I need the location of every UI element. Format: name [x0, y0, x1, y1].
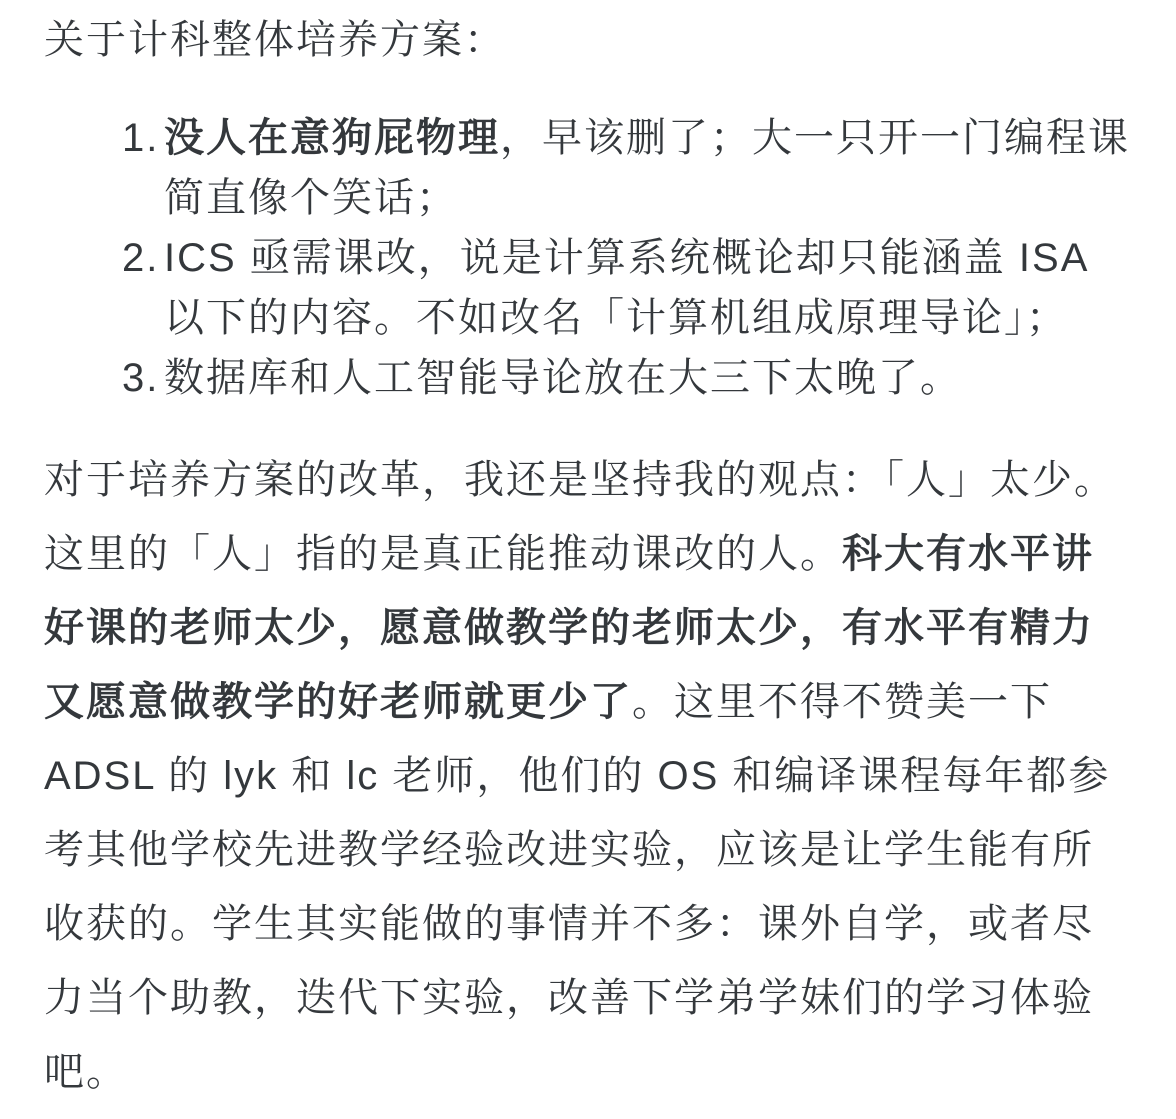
ordered-list: 1.没人在意狗屁物理，早该删了；大一只开一门编程课简直像个笑话； 2.ICS 亟…	[44, 108, 1130, 408]
regular-text: 数据库和人工智能导论放在大三下太晚了。	[164, 356, 962, 400]
regular-text: 。这里不得不赞美一下 ADSL 的 lyk 和 lc 老师，他们的 OS 和编译…	[44, 680, 1110, 1094]
body-paragraph: 对于培养方案的改革，我还是坚持我的观点：「人」太少。这里的「人」指的是真正能推动…	[44, 443, 1130, 1109]
list-item-text: 数据库和人工智能导论放在大三下太晚了。	[164, 348, 1130, 408]
article-body: 关于计科整体培养方案： 1.没人在意狗屁物理，早该删了；大一只开一门编程课简直像…	[0, 0, 1176, 1119]
list-item-number: 3.	[122, 348, 164, 408]
list-item-text: ICS 亟需课改，说是计算系统概论却只能涵盖 ISA 以下的内容。不如改名「计算…	[164, 228, 1130, 348]
list-item-1: 1.没人在意狗屁物理，早该删了；大一只开一门编程课简直像个笑话；	[44, 108, 1130, 228]
intro-paragraph: 关于计科整体培养方案：	[44, 16, 1130, 64]
list-item-3: 3.数据库和人工智能导论放在大三下太晚了。	[44, 348, 1130, 408]
regular-text: ICS 亟需课改，说是计算系统概论却只能涵盖 ISA 以下的内容。不如改名「计算…	[164, 236, 1087, 340]
list-item-text: 没人在意狗屁物理，早该删了；大一只开一门编程课简直像个笑话；	[164, 108, 1130, 228]
bold-text: 没人在意狗屁物理	[164, 116, 500, 160]
list-item-number: 2.	[122, 228, 164, 348]
list-item-number: 1.	[122, 108, 164, 228]
list-item-2: 2.ICS 亟需课改，说是计算系统概论却只能涵盖 ISA 以下的内容。不如改名「…	[44, 228, 1130, 348]
